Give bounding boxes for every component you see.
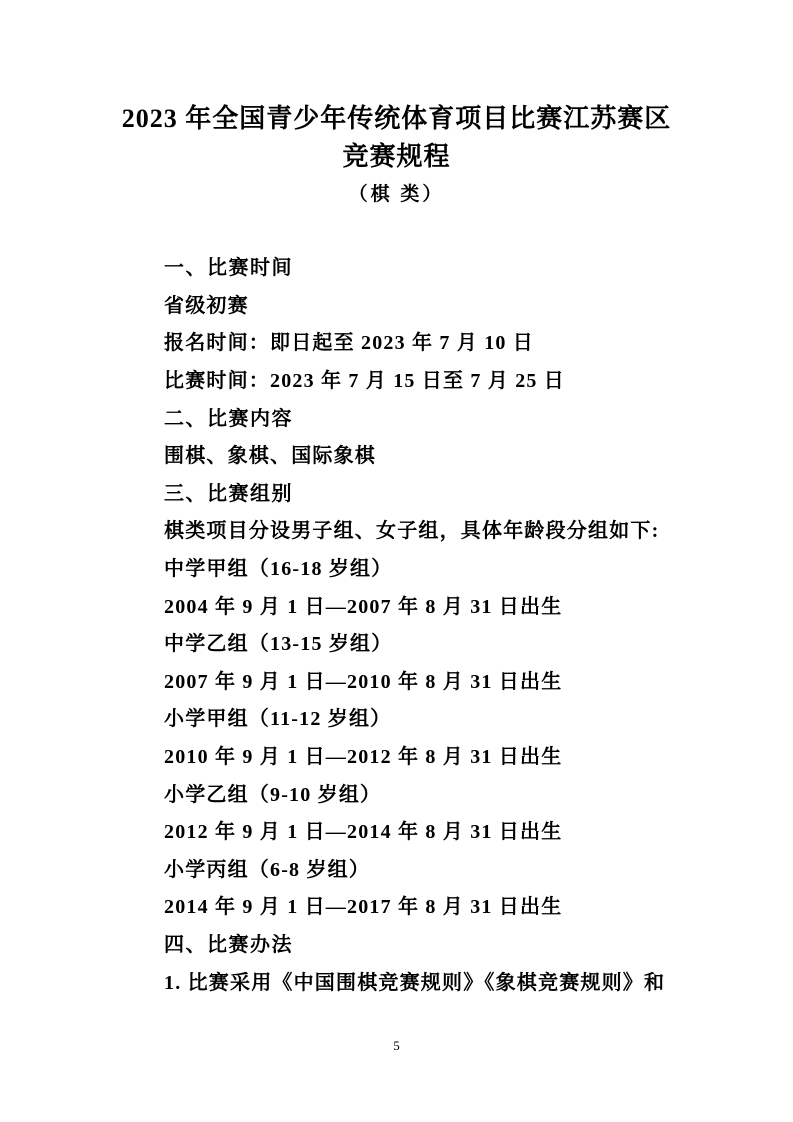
document-title-line2: 竞赛规程 xyxy=(0,138,793,176)
section-heading: 四、比赛办法 xyxy=(164,924,664,962)
text-line: 小学乙组（9-10 岁组） xyxy=(164,773,664,811)
section-heading: 三、比赛组别 xyxy=(164,473,664,511)
document-page: 2023 年全国青少年传统体育项目比赛江苏赛区 竞赛规程 （棋 类） 一、比赛时… xyxy=(0,0,793,1122)
text-line: 2004 年 9 月 1 日—2007 年 8 月 31 日出生 xyxy=(164,585,664,623)
text-line: 2014 年 9 月 1 日—2017 年 8 月 31 日出生 xyxy=(164,886,664,924)
page-number: 5 xyxy=(0,1038,793,1054)
text-line: 围棋、象棋、国际象棋 xyxy=(164,435,664,473)
text-line: 中学甲组（16-18 岁组） xyxy=(164,548,664,586)
title-block: 2023 年全国青少年传统体育项目比赛江苏赛区 竞赛规程 （棋 类） xyxy=(0,100,793,214)
text-line: 1. 比赛采用《中国围棋竞赛规则》《象棋竞赛规则》和 xyxy=(164,961,664,999)
text-line: 2007 年 9 月 1 日—2010 年 8 月 31 日出生 xyxy=(164,661,664,699)
text-line: 中学乙组（13-15 岁组） xyxy=(164,623,664,661)
document-title-line1: 2023 年全国青少年传统体育项目比赛江苏赛区 xyxy=(0,100,793,138)
text-line: 2010 年 9 月 1 日—2012 年 8 月 31 日出生 xyxy=(164,736,664,774)
text-line: 比赛时间：2023 年 7 月 15 日至 7 月 25 日 xyxy=(164,360,664,398)
document-body: 一、比赛时间省级初赛报名时间：即日起至 2023 年 7 月 10 日比赛时间：… xyxy=(164,247,664,999)
text-line: 报名时间：即日起至 2023 年 7 月 10 日 xyxy=(164,322,664,360)
text-line: 省级初赛 xyxy=(164,285,664,323)
text-line: 小学丙组（6-8 岁组） xyxy=(164,849,664,887)
document-subtitle: （棋 类） xyxy=(0,176,793,214)
text-line: 2012 年 9 月 1 日—2014 年 8 月 31 日出生 xyxy=(164,811,664,849)
section-heading: 二、比赛内容 xyxy=(164,397,664,435)
text-line: 棋类项目分设男子组、女子组，具体年龄段分组如下: xyxy=(164,510,664,548)
text-line: 小学甲组（11-12 岁组） xyxy=(164,698,664,736)
section-heading: 一、比赛时间 xyxy=(164,247,664,285)
